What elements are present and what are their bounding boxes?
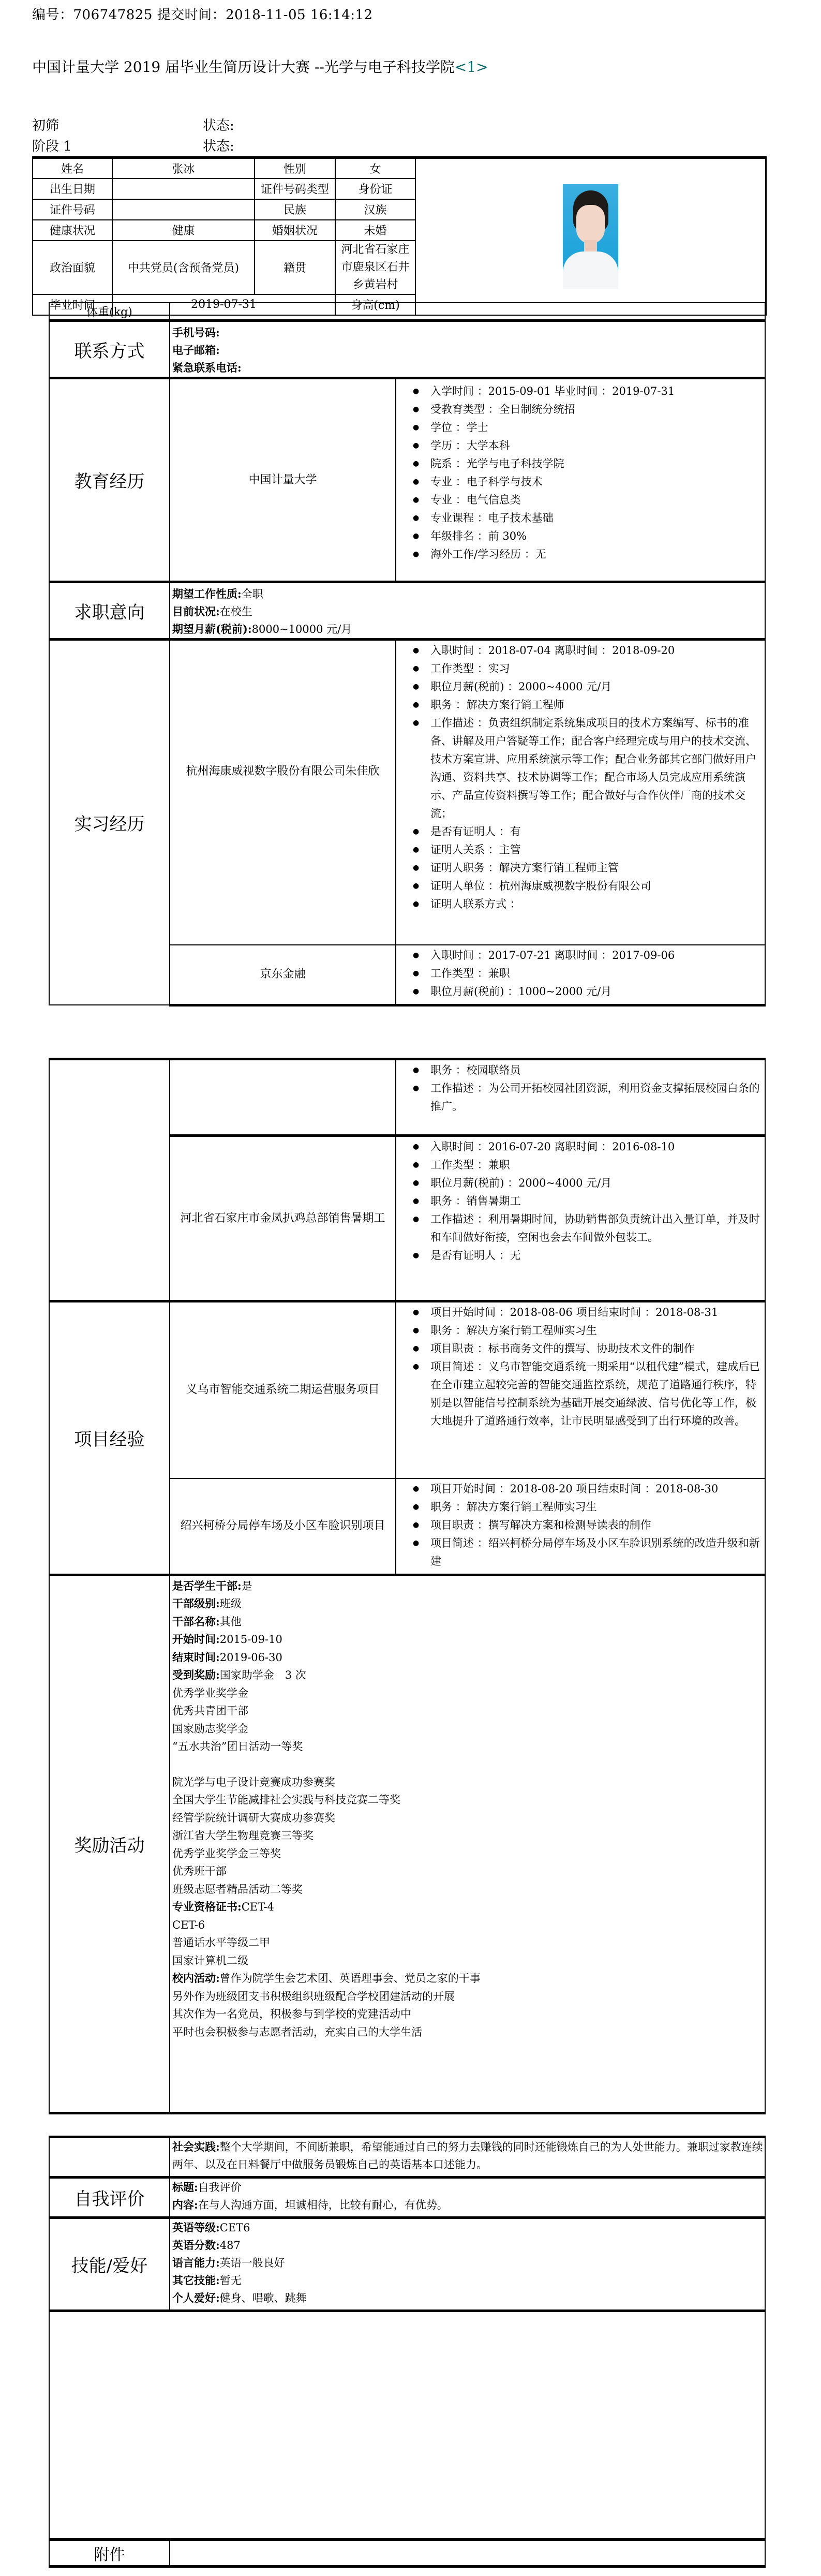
marital-label: 婚姻状况 (255, 220, 335, 241)
id-type-label: 证件号码类型 (255, 179, 335, 199)
reward-item-blank (172, 1756, 765, 1773)
list-item: 项目简述 ：绍兴柯桥分局停车场及小区车脸识别系统的改造升级和新建 (415, 1534, 760, 1571)
internship-org: 京东金融 (170, 945, 396, 1005)
list-item: 项目简述 ：义乌市智能交通系统一期采用“以租代建”模式，建成后已在全市建立起较完… (415, 1358, 760, 1430)
internship-details: 职务 ：校园联络员 工作描述 ：为公司开拓校园社团资源，利用资金支撑拓展校园白条… (396, 1059, 765, 1136)
political-label: 政治面貌 (33, 241, 112, 294)
submission-meta: 编号：706747825 提交时间：2018-11-05 16:14:12 (32, 4, 373, 23)
reward-item: 院光学与电子设计竞赛成功参赛奖 (172, 1773, 765, 1792)
internship-details: 入职时间 ：2017-07-21 离职时间 ：2017-09-06 工作类型 ：… (396, 945, 765, 1005)
list-item: 职务 ：解决方案行销工程师实习生 (415, 1322, 760, 1340)
project-name: 绍兴柯桥分局停车场及小区车脸识别项目 (170, 1478, 396, 1575)
list-item: 院系 ：光学与电子科技学院 (415, 455, 760, 473)
reward-item: 班级志愿者精品活动二等奖 (172, 1881, 765, 1899)
internship-list: 入职时间 ：2017-07-21 离职时间 ：2017-09-06 工作类型 ：… (396, 945, 765, 1004)
start-date-field: 开始时间:2015-09-10 (172, 1631, 765, 1649)
list-item: 工作描述 ：为公司开拓校园社团资源，利用资金支撑拓展校园白条的推广。 (415, 1079, 760, 1116)
hometown-value: 河北省石家庄市鹿泉区石井乡黄岩村 (335, 241, 415, 294)
job-intent-label: 求职意向 (49, 582, 170, 640)
reward-item: 全国大学生节能减排社会实践与科技竞赛二等奖 (172, 1791, 765, 1809)
id-no-label: 证件号码 (33, 199, 112, 220)
current-status-field: 目前状况:在校生 (172, 603, 765, 620)
stage-status-label: 状态: (203, 115, 234, 134)
project-name: 义乌市智能交通系统二期运营服务项目 (170, 1301, 396, 1478)
education-school: 中国计量大学 (170, 378, 396, 582)
campus-field: 校内活动:曾作为院学生会艺术团、英语理事会、党员之家的干事 (172, 1970, 765, 1988)
internship-list: 入职时间 ：2018-07-04 离职时间 ：2018-09-20 工作类型 ：… (396, 641, 765, 916)
list-item: 职位月薪(税前) ：1000~2000 元/月 (415, 983, 760, 1001)
stage-name: 阶段 1 (32, 139, 72, 154)
project-list: 项目开始时间 ：2018-08-06 项目结束时间 ：2018-08-31 职务… (396, 1302, 765, 1433)
internship-label: 实习经历 (49, 640, 170, 1005)
internship-details: 入职时间 ：2016-07-20 离职时间 ：2016-08-10 工作类型 ：… (396, 1136, 765, 1301)
self-eval-details: 标题:自我评价 内容:在与人沟通方面，坦诚相待，比较有耐心，有优势。 (170, 2178, 765, 2218)
reward-item: 优秀学业奖学金 (172, 1684, 765, 1702)
list-item: 年级排名 ：前 30% (415, 527, 760, 545)
rewards-field: 受到奖励:国家助学金 3 次 (172, 1666, 765, 1684)
list-item: 受教育类型 ：全日制统分统招 (415, 401, 760, 419)
list-item: 职务 ：校园联络员 (415, 1061, 760, 1079)
page-tag: <1> (455, 58, 488, 76)
health-label: 健康状况 (33, 220, 112, 241)
list-item: 入职时间 ：2018-07-04 离职时间 ：2018-09-20 (415, 642, 760, 660)
internship-list: 入职时间 ：2016-07-20 离职时间 ：2016-08-10 工作类型 ：… (396, 1137, 765, 1268)
job-type-field: 期望工作性质:全职 (172, 585, 765, 603)
other-skills-field: 其它技能:暂无 (172, 2272, 765, 2289)
list-item: 工作类型 ：兼职 (415, 1156, 760, 1174)
social-practice-label-cell (49, 2137, 170, 2178)
resume-sections-part3: 社会实践:整个大学期间，不间断兼职，希望能通过自己的努力去赚钱的同时还能锻炼自己… (49, 2136, 766, 2568)
internship-list: 职务 ：校园联络员 工作描述 ：为公司开拓校园社团资源，利用资金支撑拓展校园白条… (396, 1060, 765, 1119)
stage-name: 初筛 (32, 118, 59, 134)
birth-value (112, 179, 255, 199)
gender-value: 女 (335, 158, 415, 179)
phone-field: 手机号码: (172, 324, 765, 342)
gender-label: 性别 (255, 158, 335, 179)
expected-salary-field: 期望月薪(税前):8000~10000 元/月 (172, 620, 765, 638)
campus-item: 平时也会积极参与志愿者活动，充实自己的大学生活 (172, 2023, 765, 2041)
ethnicity-label: 民族 (255, 199, 335, 220)
reward-item: 优秀学业奖学金三等奖 (172, 1845, 765, 1863)
political-value: 中共党员(含预备党员) (112, 241, 255, 294)
list-item: 工作类型 ：实习 (415, 660, 760, 678)
photo-cell (415, 158, 766, 315)
list-item: 工作描述 ：利用暑期时间，协助销售部负责统计出入量订单，并及时和车间做好衔接，空… (415, 1210, 760, 1247)
attachment-label: 附件 (49, 2540, 170, 2567)
health-value: 健康 (112, 220, 255, 241)
list-item: 入职时间 ：2017-07-21 离职时间 ：2017-09-06 (415, 946, 760, 965)
internship-org-cont (170, 1059, 396, 1136)
skills-details: 英语等级:CET6 英语分数:487 语言能力:英语一般良好 其它技能:暂无 个… (170, 2218, 765, 2311)
list-item: 项目职责 ：标书商务文件的撰写、协助技术文件的制作 (415, 1340, 760, 1358)
email-field: 电子邮箱: (172, 342, 765, 359)
list-item: 证明人关系 ：主管 (415, 841, 760, 859)
stage-status-label: 状态: (203, 136, 234, 155)
cadre-level-field: 干部级别:班级 (172, 1595, 765, 1613)
stage-1: 阶段 1状态: (32, 136, 72, 155)
education-details: 入学时间 ：2015-09-01 毕业时间 ：2019-07-31 受教育类型 … (396, 378, 765, 582)
list-item: 证明人单位 ：杭州海康威视数字股份有限公司 (415, 877, 760, 895)
list-item: 证明人联系方式 ： (415, 895, 760, 913)
cert-item: CET-6 (172, 1916, 765, 1934)
english-score-field: 英语分数:487 (172, 2237, 765, 2254)
cert-item: 国家计算机二级 (172, 1952, 765, 1970)
cadre-field: 是否学生干部:是 (172, 1577, 765, 1595)
cert-field: 专业资格证书:CET-4 (172, 1898, 765, 1916)
awards-label: 奖励活动 (49, 1575, 170, 2113)
cert-item: 普通话水平等级二甲 (172, 1934, 765, 1952)
reward-item: 经管学院统计调研大赛成功参赛奖 (172, 1809, 765, 1827)
list-item: 学位 ：学士 (415, 419, 760, 437)
emergency-phone-field: 紧急联系电话: (172, 359, 765, 377)
contact-label: 联系方式 (49, 321, 170, 378)
self-eval-label: 自我评价 (49, 2178, 170, 2218)
list-item: 入学时间 ：2015-09-01 毕业时间 ：2019-07-31 (415, 382, 760, 401)
ethnicity-value: 汉族 (335, 199, 415, 220)
list-item: 工作类型 ：兼职 (415, 965, 760, 983)
list-item: 专业课程 ：电子技术基础 (415, 509, 760, 527)
name-value: 张冰 (112, 158, 255, 179)
list-item: 项目开始时间 ：2018-08-06 项目结束时间 ：2018-08-31 (415, 1304, 760, 1322)
projects-label: 项目经验 (49, 1301, 170, 1575)
reward-item: 优秀班干部 (172, 1862, 765, 1881)
name-label: 姓名 (33, 158, 112, 179)
skills-label: 技能/爱好 (49, 2218, 170, 2311)
list-item: 专业 ：电气信息类 (415, 491, 760, 509)
blank-area (49, 2311, 765, 2540)
title-text: 中国计量大学 2019 届毕业生简历设计大赛 --光学与电子科技学院 (32, 58, 455, 76)
hobby-field: 个人爱好:健身、唱歌、跳舞 (172, 2289, 765, 2307)
list-item: 专业 ：电子科学与技术 (415, 473, 760, 491)
project-details: 项目开始时间 ：2018-08-06 项目结束时间 ：2018-08-31 职务… (396, 1301, 765, 1478)
id-no-value (112, 199, 255, 220)
project-list: 项目开始时间 ：2018-08-20 项目结束时间 ：2018-08-30 职务… (396, 1479, 765, 1574)
social-practice-details: 社会实践:整个大学期间，不间断兼职，希望能通过自己的努力去赚钱的同时还能锻炼自己… (170, 2137, 765, 2178)
list-item: 工作描述 ：负责组织制定系统集成项目的技术方案编写、标书的准备、讲解及用户答疑等… (415, 714, 760, 823)
list-item: 证明人职务 ：解决方案行销工程师主管 (415, 859, 760, 877)
weight-value (170, 303, 765, 321)
marital-value: 未婚 (335, 220, 415, 241)
list-item: 入职时间 ：2016-07-20 离职时间 ：2016-08-10 (415, 1138, 760, 1156)
list-item: 是否有证明人 ：无 (415, 1247, 760, 1265)
list-item: 职务 ：解决方案行销工程师 (415, 696, 760, 714)
list-item: 海外工作/学习经历 ：无 (415, 545, 760, 564)
resume-table-part1: 姓名 张冰 性别 女 出生日期 证件号码类型 身份证 证件号码 民族 汉族 健康… (32, 156, 767, 316)
end-date-field: 结束时间:2019-06-30 (172, 1649, 765, 1667)
english-level-field: 英语等级:CET6 (172, 2219, 765, 2237)
awards-details: 是否学生干部:是 干部级别:班级 干部名称:其他 开始时间:2015-09-10… (170, 1575, 765, 2113)
list-item: 职务 ：销售暑期工 (415, 1192, 760, 1210)
internship-org: 杭州海康威视数字股份有限公司朱佳欣 (170, 640, 396, 945)
hometown-label: 籍贯 (255, 241, 335, 294)
education-list: 入学时间 ：2015-09-01 毕业时间 ：2019-07-31 受教育类型 … (396, 379, 765, 567)
internship-label-cont (49, 1059, 170, 1301)
profile-photo (563, 184, 618, 289)
reward-item: “五水共治”团日活动一等奖 (172, 1738, 765, 1756)
list-item: 学历 ：大学本科 (415, 437, 760, 455)
attachment-value (170, 2540, 765, 2567)
education-label: 教育经历 (49, 378, 170, 582)
cadre-title-field: 干部名称:其他 (172, 1613, 765, 1631)
birth-label: 出生日期 (33, 179, 112, 199)
resume-sections-part2: 职务 ：校园联络员 工作描述 ：为公司开拓校园社团资源，利用资金支撑拓展校园白条… (49, 1058, 766, 2114)
internship-org: 河北省石家庄市金凤扒鸡总部销售暑期工 (170, 1136, 396, 1301)
project-details: 项目开始时间 ：2018-08-20 项目结束时间 ：2018-08-30 职务… (396, 1478, 765, 1575)
list-item: 职位月薪(税前) ：2000~4000 元/月 (415, 678, 760, 696)
campus-item: 其次作为一名党员，积极参与到学校的党建活动中 (172, 2005, 765, 2023)
resume-sections-part1: 体重(kg) 联系方式 手机号码: 电子邮箱: 紧急联系电话: 教育经历 中国计… (49, 302, 766, 1006)
campus-item: 另外作为班级团支书积极组织班级配合学校团建活动的开展 (172, 1988, 765, 2006)
reward-item: 浙江省大学生物理竞赛三等奖 (172, 1827, 765, 1845)
self-eval-title: 标题:自我评价 (172, 2179, 765, 2196)
weight-label: 体重(kg) (49, 303, 170, 321)
self-eval-content: 内容:在与人沟通方面，坦诚相待，比较有耐心，有优势。 (172, 2196, 765, 2214)
language-field: 语言能力:英语一般良好 (172, 2254, 765, 2272)
internship-details: 入职时间 ：2018-07-04 离职时间 ：2018-09-20 工作类型 ：… (396, 640, 765, 945)
list-item: 职务 ：解决方案行销工程师实习生 (415, 1498, 760, 1516)
list-item: 职位月薪(税前) ：2000~4000 元/月 (415, 1174, 760, 1192)
job-intent-details: 期望工作性质:全职 目前状况:在校生 期望月薪(税前):8000~10000 元… (170, 582, 765, 640)
list-item: 项目职责 ：撰写解决方案和检测导读表的制作 (415, 1516, 760, 1534)
reward-item: 优秀共青团干部 (172, 1702, 765, 1720)
stage-initial: 初筛状态: (32, 115, 59, 134)
contact-details: 手机号码: 电子邮箱: 紧急联系电话: (170, 321, 765, 378)
id-type-value: 身份证 (335, 179, 415, 199)
reward-item: 国家励志奖学金 (172, 1720, 765, 1738)
list-item: 是否有证明人 ：有 (415, 823, 760, 841)
list-item: 项目开始时间 ：2018-08-20 项目结束时间 ：2018-08-30 (415, 1480, 760, 1498)
page-title: 中国计量大学 2019 届毕业生简历设计大赛 --光学与电子科技学院<1> (32, 56, 488, 77)
